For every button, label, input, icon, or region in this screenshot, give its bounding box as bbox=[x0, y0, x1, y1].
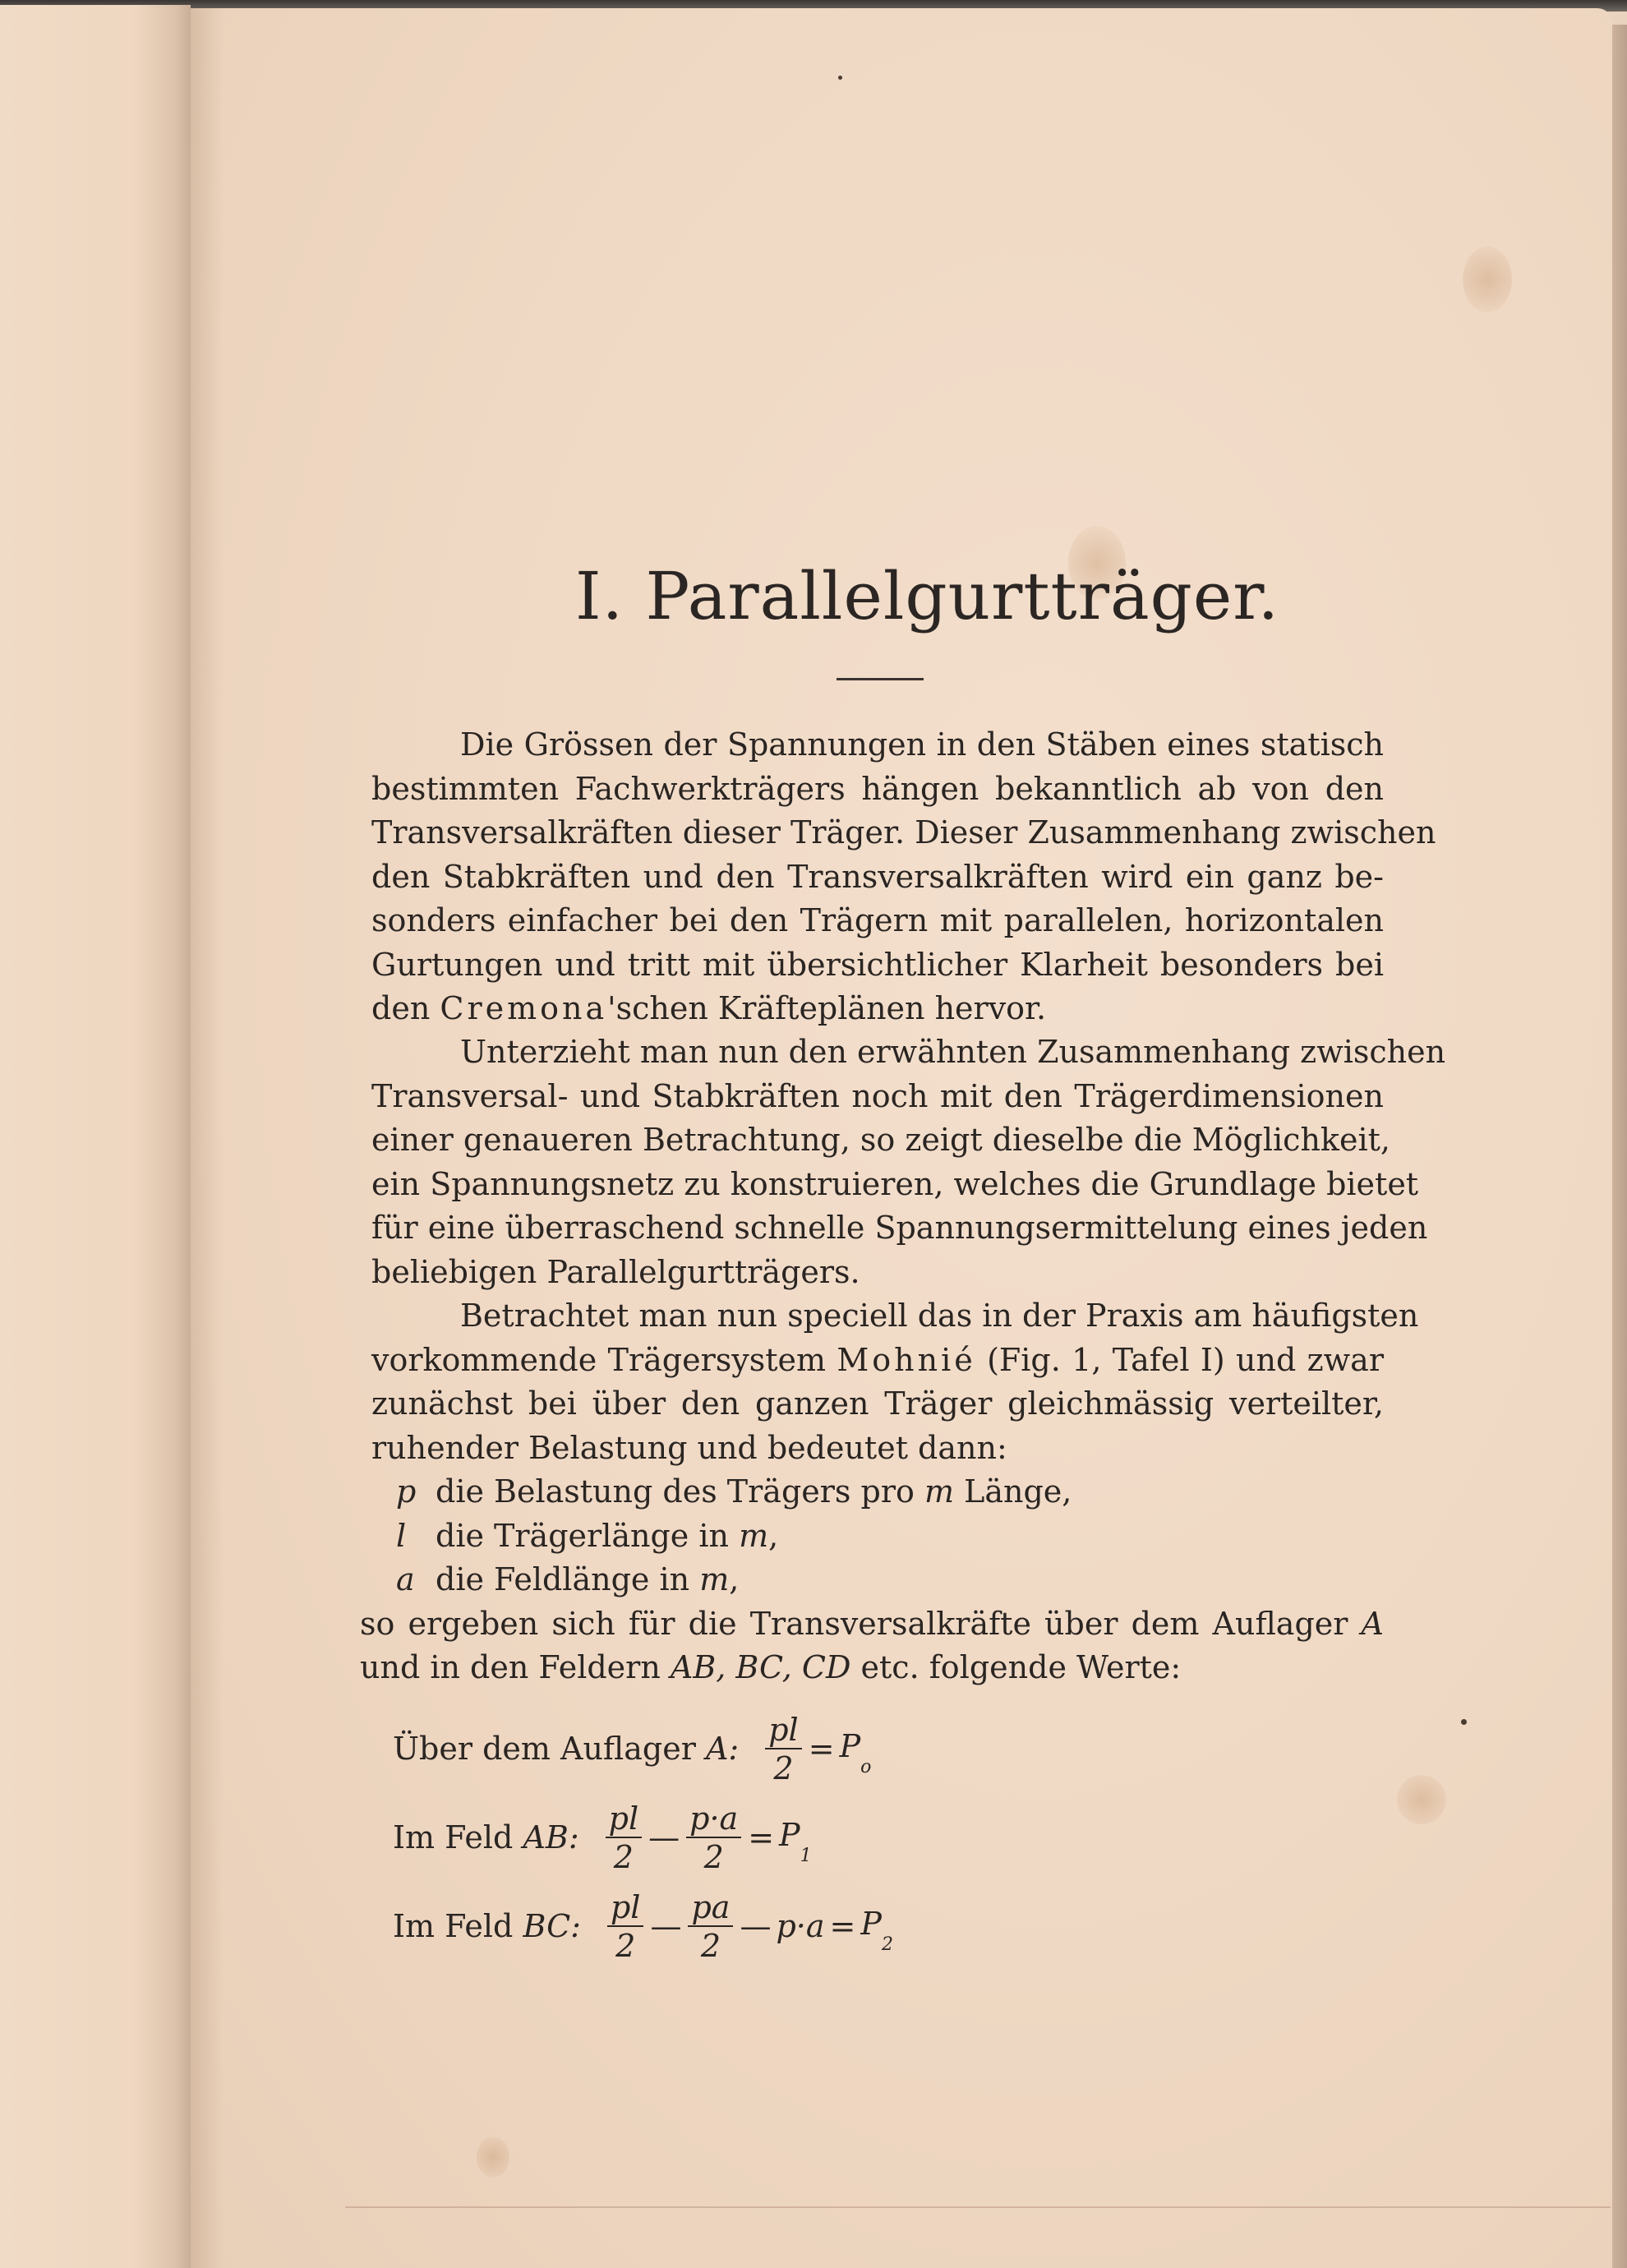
text-line: und in den Feldern AB, BC, CD etc. folge… bbox=[360, 1646, 1384, 1690]
name-mohnie: Mohnié bbox=[837, 1342, 975, 1378]
text-line: einer genaueren Betrachtung, so zeigt di… bbox=[371, 1118, 1384, 1163]
name-cremona: Cremona bbox=[440, 990, 607, 1026]
definition-item: pdie Belastung des Trägers pro m Länge, bbox=[371, 1470, 1384, 1514]
left-page-margin bbox=[0, 5, 191, 2268]
definition-item: adie Feldlänge in m, bbox=[371, 1558, 1384, 1602]
text-line: bestimmten Fachwerkträgers hängen bekann… bbox=[371, 768, 1384, 812]
paragraph-1: Die Grössen der Spannungen in den Stäben… bbox=[371, 723, 1384, 1031]
text-line: vorkommende Trägersystem Mohnié (Fig. 1,… bbox=[371, 1339, 1384, 1383]
foxing-stain bbox=[1463, 247, 1512, 312]
equation-support-a: Über dem Auflager A: pl2 = Po bbox=[393, 1708, 871, 1790]
text-line: den Cremona'schen Kräfteplänen hervor. bbox=[371, 987, 1384, 1031]
text-line: zunächst bei über den ganzen Träger glei… bbox=[371, 1382, 1384, 1427]
chapter-title: I. Parallelgurtträger. bbox=[575, 555, 1200, 638]
ink-speck bbox=[1461, 1719, 1467, 1725]
variable: a bbox=[396, 1558, 436, 1602]
text-line: Transversalkräften dieser Träger. Dieser… bbox=[371, 811, 1384, 855]
text-line: Unterzieht man nun den erwähnten Zusamme… bbox=[371, 1030, 1384, 1075]
text-line: ruhender Belastung und bedeutet dann: bbox=[371, 1427, 1384, 1471]
variable: l bbox=[396, 1514, 436, 1559]
definition-item: ldie Trägerlänge in m, bbox=[371, 1514, 1384, 1559]
page-fold-crease bbox=[345, 2206, 1611, 2208]
text-line: Betrachtet man nun speciell das in der P… bbox=[371, 1294, 1384, 1339]
text-line: für eine überraschend schnelle Spannungs… bbox=[371, 1206, 1384, 1251]
text-line: beliebigen Parallelgurtträgers. bbox=[371, 1251, 1384, 1295]
foxing-stain bbox=[1397, 1775, 1446, 1824]
variable: p bbox=[396, 1470, 436, 1514]
foxing-stain bbox=[477, 2137, 509, 2178]
title-divider bbox=[837, 678, 924, 680]
text-line: ein Spannungsnetz zu konstruieren, welch… bbox=[371, 1163, 1384, 1207]
text-line: so ergeben sich für die Transversalkräft… bbox=[360, 1602, 1384, 1647]
text-line: Die Grössen der Spannungen in den Stäben… bbox=[371, 723, 1384, 768]
equation-field-ab: Im Feld AB: pl2 — p·a2 = P1 bbox=[393, 1796, 812, 1878]
paragraph-2: Unterzieht man nun den erwähnten Zusamme… bbox=[371, 1030, 1384, 1294]
equation-field-bc: Im Feld BC: pl2 — pa2 — p·a = P2 bbox=[393, 1885, 893, 1967]
ink-speck bbox=[838, 76, 842, 80]
page-edge bbox=[1612, 25, 1627, 2268]
text-line: den Stabkräften und den Transversalkräft… bbox=[371, 855, 1384, 900]
fraction: pl2 bbox=[606, 1803, 642, 1873]
text-line: sonders einfacher bei den Trägern mit pa… bbox=[371, 899, 1384, 943]
fraction: p·a2 bbox=[686, 1803, 741, 1873]
fraction: pa2 bbox=[688, 1892, 733, 1961]
text-line: Gurtungen und tritt mit übersichtlicher … bbox=[371, 943, 1384, 988]
fraction: pl2 bbox=[607, 1892, 643, 1961]
text-line: Transversal- und Stabkräften noch mit de… bbox=[371, 1075, 1384, 1119]
fraction: pl2 bbox=[765, 1714, 801, 1784]
paragraph-3: Betrachtet man nun speciell das in der P… bbox=[371, 1294, 1384, 1690]
